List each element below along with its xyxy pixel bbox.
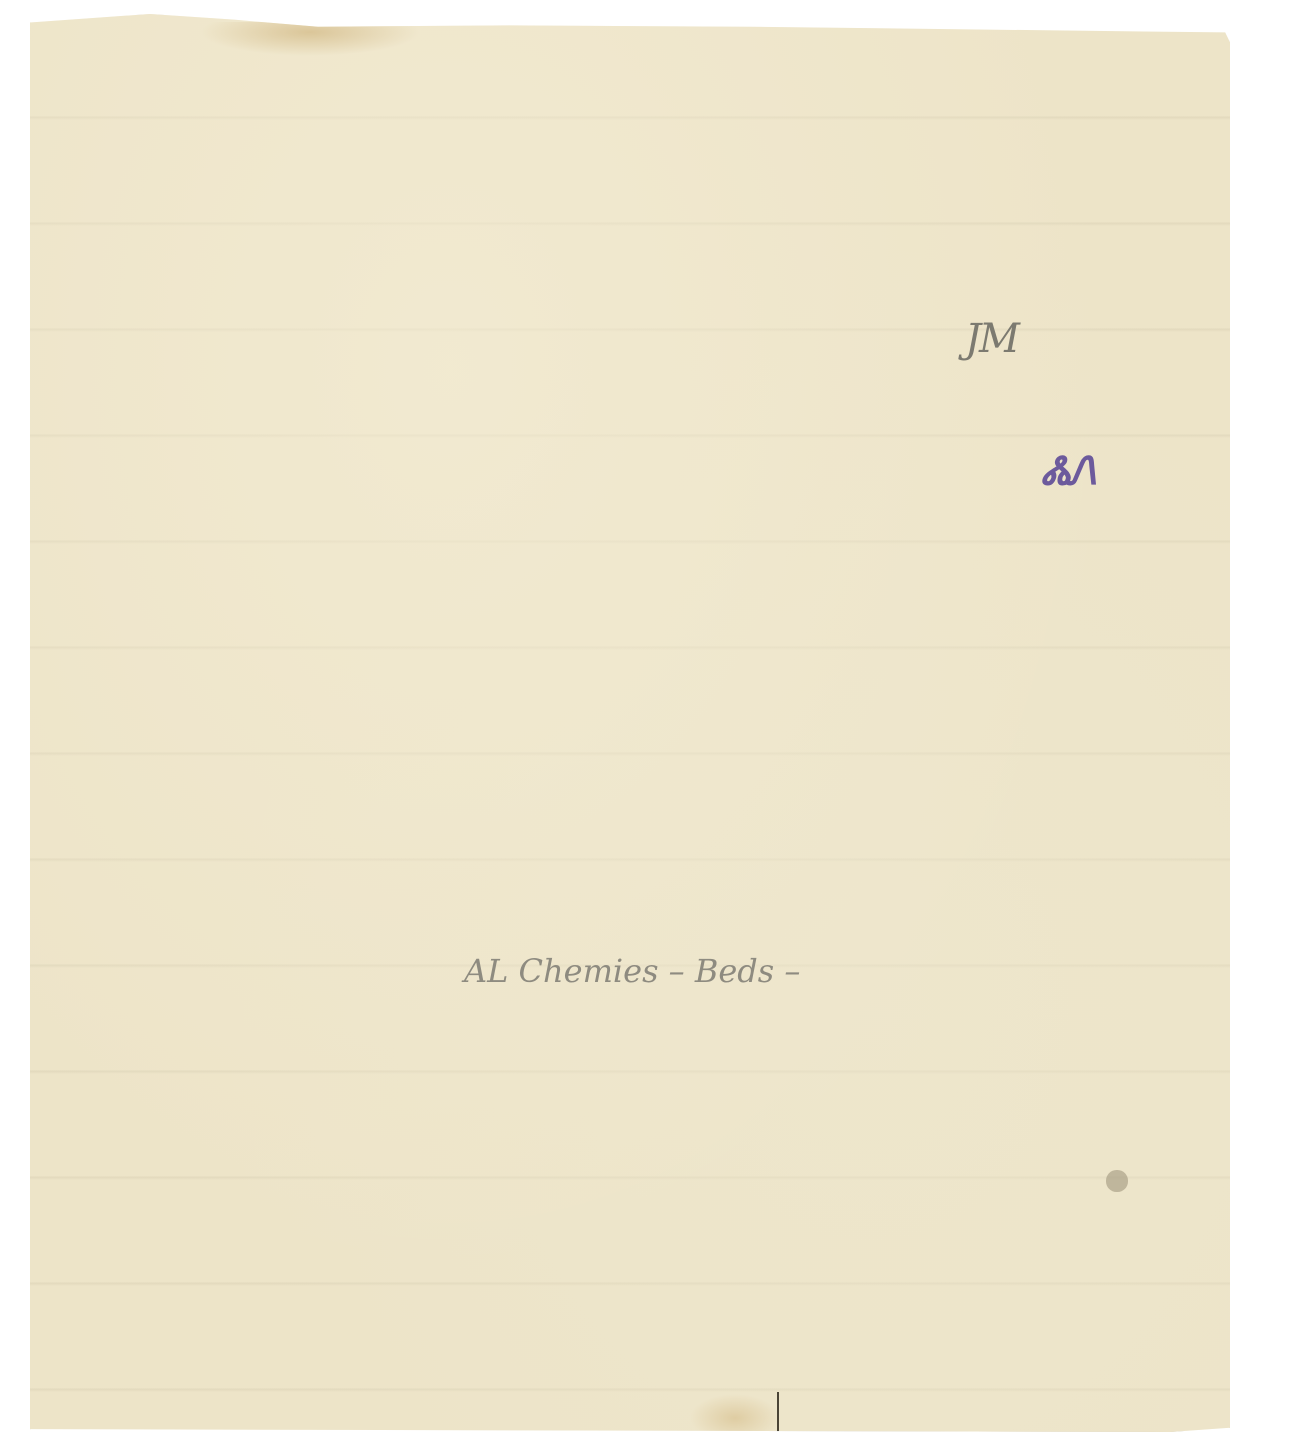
water-stain-top — [200, 22, 420, 56]
pencil-initials: JM — [965, 316, 1018, 362]
bottom-edge-tear — [777, 1392, 779, 1434]
paper-sheet: JM ᏜᏁ AL Chemies – Beds – — [30, 14, 1230, 1432]
pencil-caption: AL Chemies – Beds – — [464, 952, 800, 990]
purple-crayon-mark: ᏜᏁ — [1042, 448, 1091, 494]
stain-bottom — [690, 1394, 780, 1434]
foxing-spot — [1106, 1170, 1128, 1192]
